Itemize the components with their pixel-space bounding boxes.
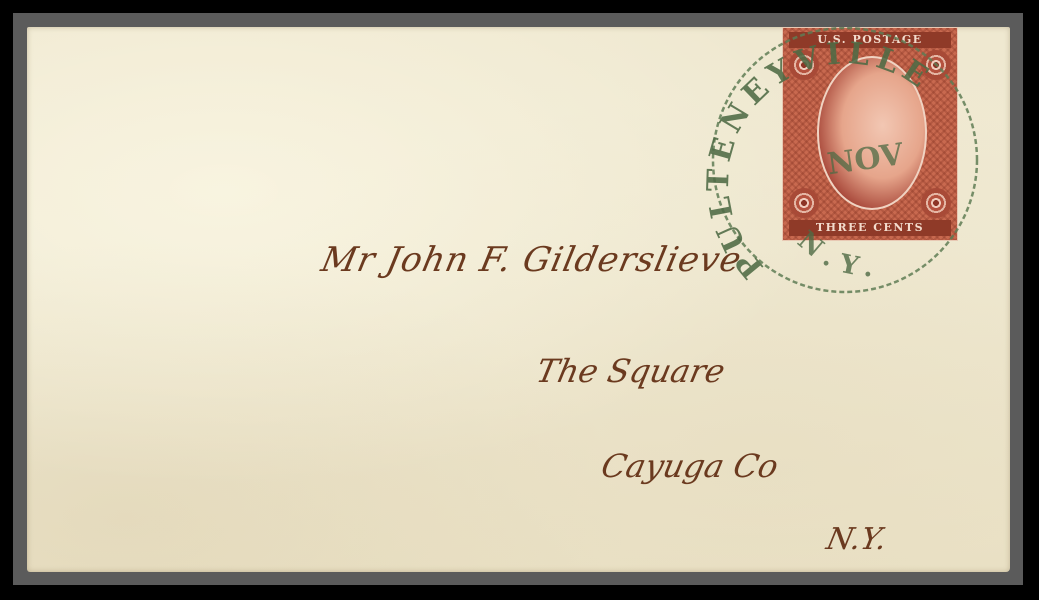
postage-stamp: U.S. POSTAGE THREE CENTS (783, 28, 957, 240)
address-line-state: N.Y. (823, 522, 890, 557)
rosette-icon (921, 188, 951, 218)
rosette-icon (789, 188, 819, 218)
portrait-oval (817, 56, 927, 210)
address-line-county: Cayuga Co (598, 447, 782, 485)
address-line-street: The Square (533, 352, 728, 390)
envelope: U.S. POSTAGE THREE CENTS PULTENEYVILLE N… (27, 27, 1010, 572)
address-line-recipient: Mr John F. Gilderslieve (318, 240, 746, 280)
stamp-top-label: U.S. POSTAGE (789, 32, 951, 48)
rosette-icon (789, 50, 819, 80)
stamp-bottom-label: THREE CENTS (789, 220, 951, 236)
rosette-icon (921, 50, 951, 80)
